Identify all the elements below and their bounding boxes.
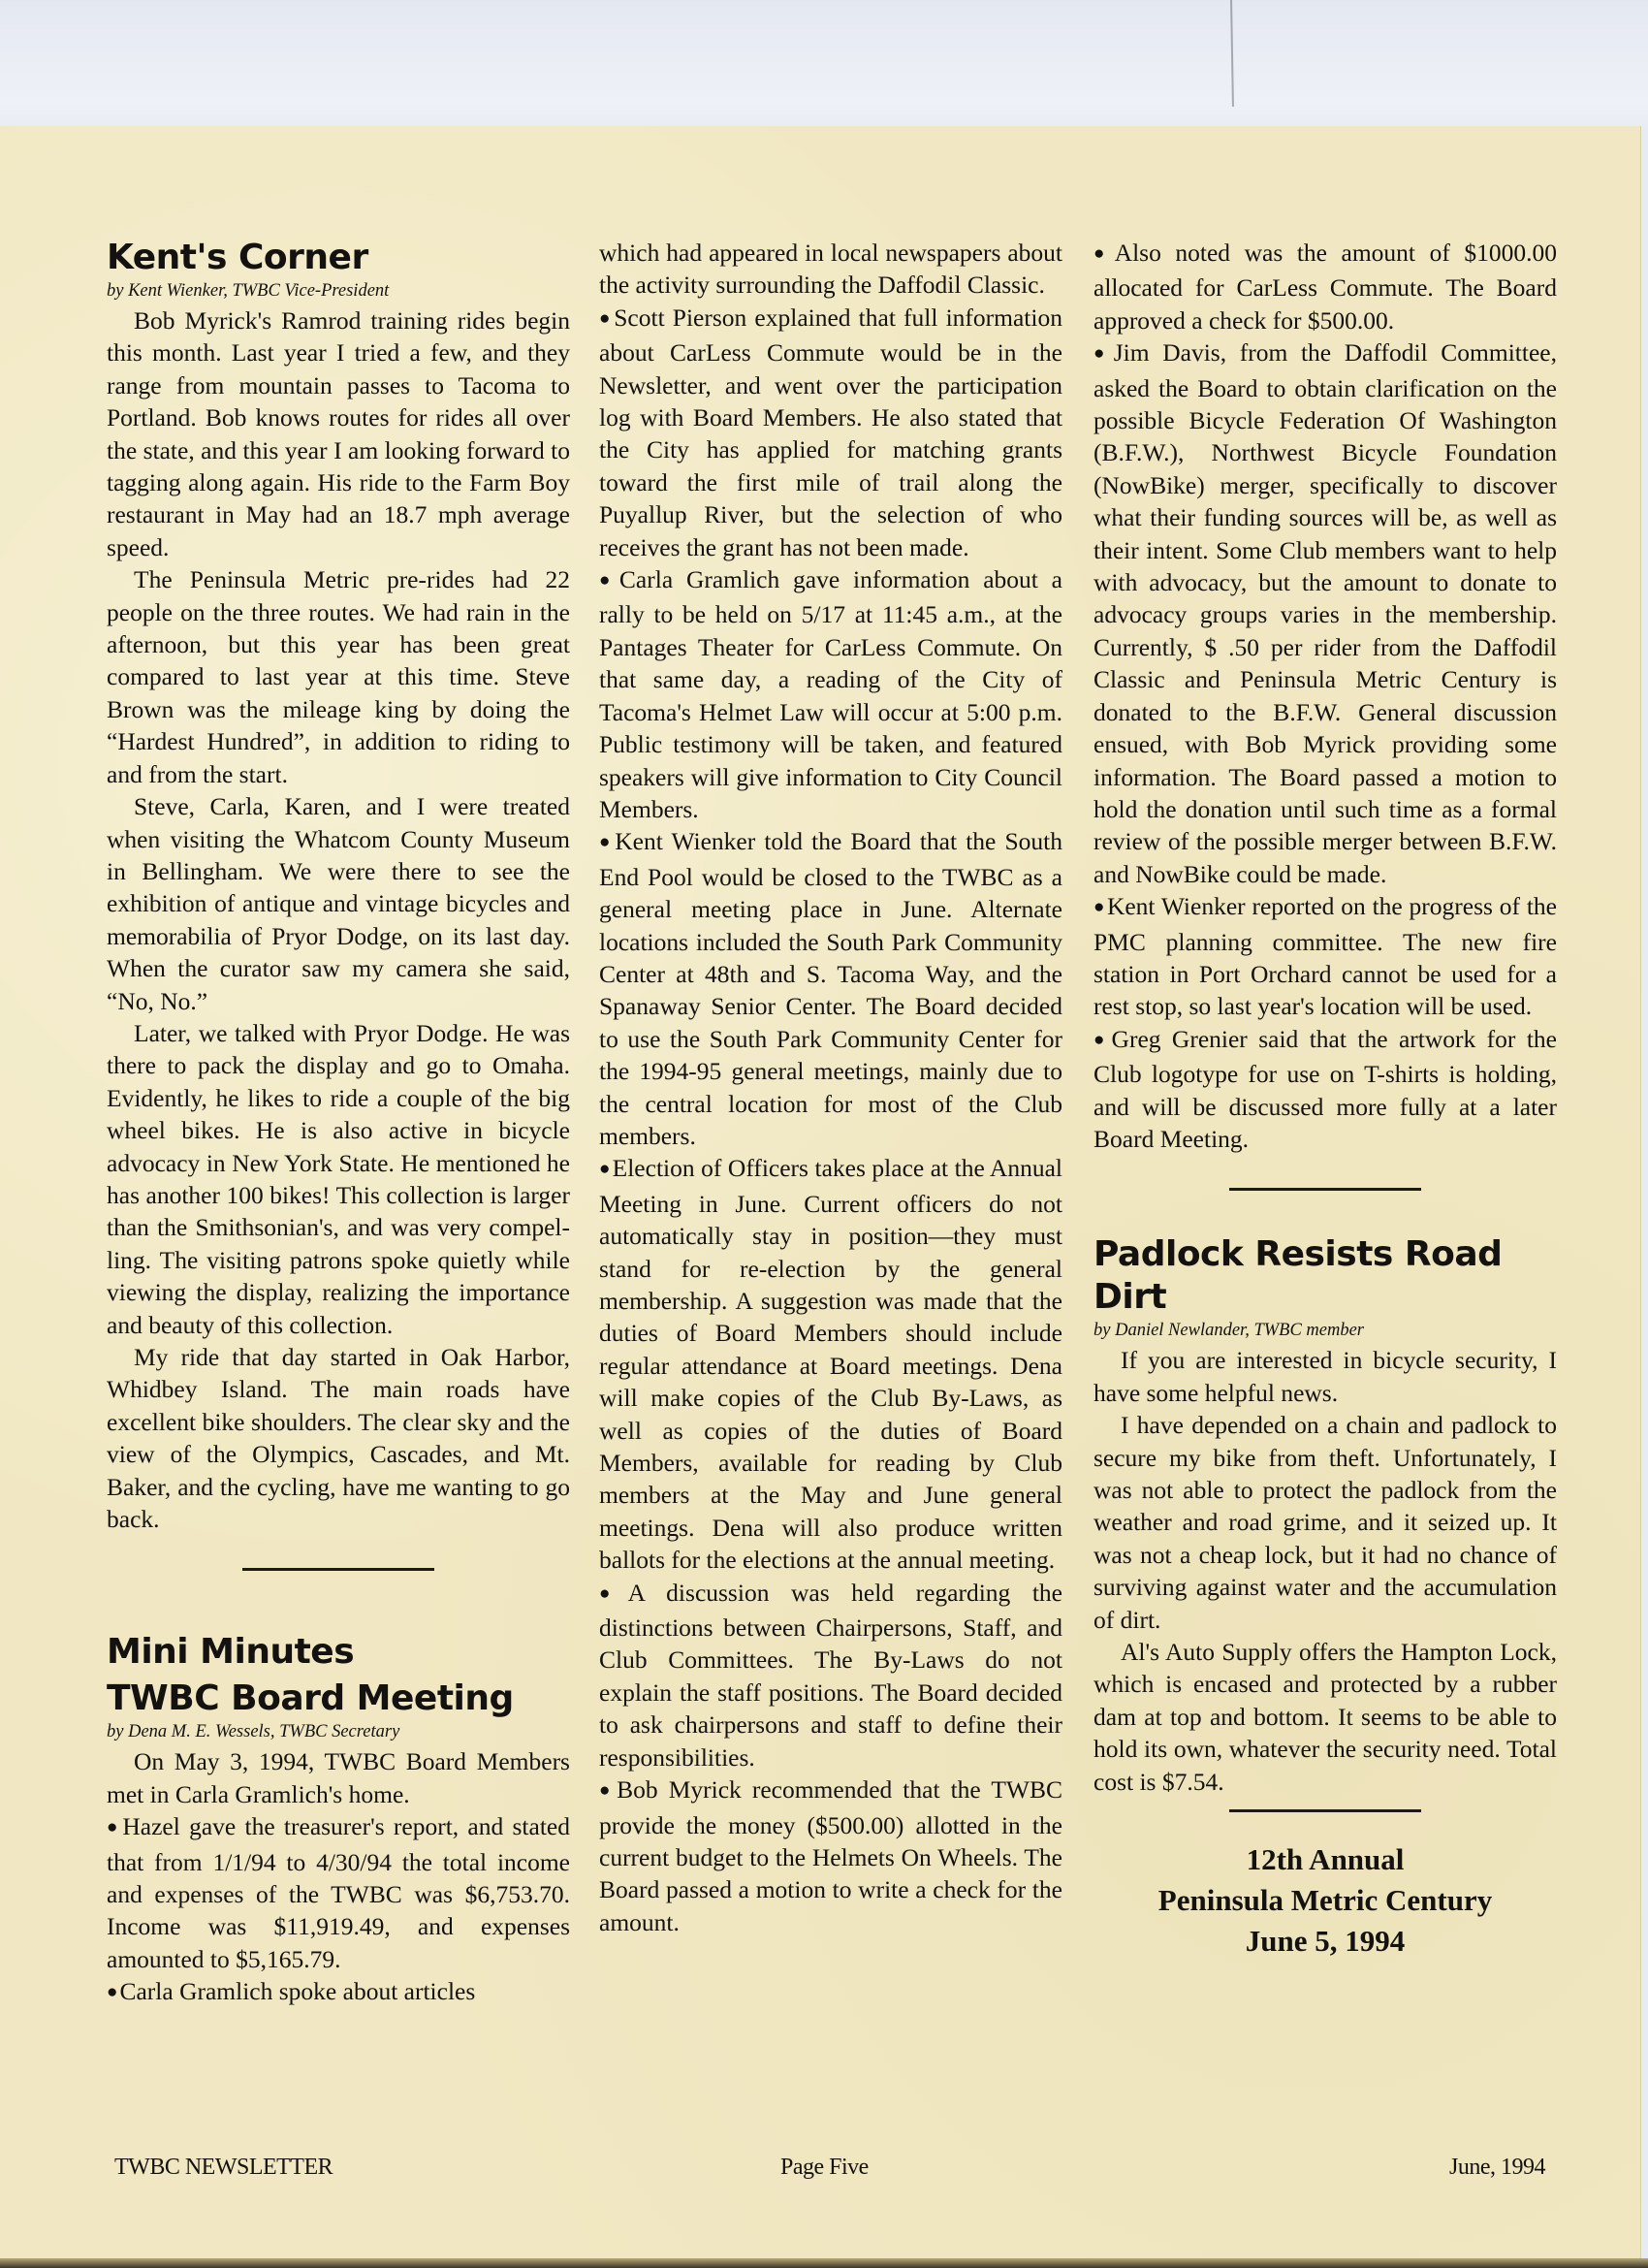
paragraph: My ride that day started in Oak Har­bor,… <box>107 1341 570 1535</box>
column-1: Kent's Corner by Kent Wienker, TWBC Vice… <box>107 237 570 2011</box>
announcement-line: 12th Annual <box>1093 1839 1557 1880</box>
announcement-line: June 5, 1994 <box>1093 1921 1557 1962</box>
paper-edge <box>0 2258 1648 2268</box>
minutes-item: Carla Gramlich gave information about a … <box>599 563 1062 825</box>
article-title: Padlock Resists Road Dirt <box>1093 1233 1557 1319</box>
scanner-background <box>0 0 1648 128</box>
minutes-item: Hazel gave the treasurer's report, and s… <box>107 1810 570 1975</box>
paragraph: On May 3, 1994, TWBC Board Mem­bers met … <box>107 1745 570 1810</box>
minutes-item: Election of Officers takes place at the … <box>599 1152 1062 1576</box>
minutes-item: Greg Grenier said that the artwork for t… <box>1093 1023 1557 1156</box>
article-kents-corner: Kent's Corner by Kent Wienker, TWBC Vice… <box>107 237 570 1535</box>
article-padlock: Padlock Resists Road Dirt by Daniel Newl… <box>1093 1233 1557 1798</box>
article-title-line-1: Mini Minutes <box>107 1631 570 1674</box>
announcement-line: Peninsula Metric Century <box>1093 1880 1557 1921</box>
section-divider <box>242 1568 434 1571</box>
minutes-item: Kent Wienker reported on the prog­ress o… <box>1093 890 1557 1023</box>
minutes-item: Jim Davis, from the Daffodil Commit­tee,… <box>1093 336 1557 890</box>
footer-page-number: Page Five <box>780 2155 869 2181</box>
paragraph: Bob Myrick's Ramrod training rides begin… <box>107 304 570 563</box>
article-byline: by Kent Wienker, TWBC Vice-President <box>107 279 570 303</box>
article-title: Kent's Corner <box>107 237 570 279</box>
section-divider <box>1229 1809 1421 1812</box>
minutes-item: Kent Wienker told the Board that the Sou… <box>599 825 1062 1152</box>
minutes-item: Bob Myrick recommended that the TWBC pro… <box>599 1773 1062 1938</box>
paragraph-continuation: which had appeared in local newspa­pers … <box>599 237 1062 302</box>
paragraph: Later, we talked with Pryor Dodge. He wa… <box>107 1017 570 1341</box>
paragraph: Steve, Carla, Karen, and I were treated … <box>107 790 570 1017</box>
article-byline: by Daniel Newlander, TWBC member <box>1093 1319 1557 1342</box>
article-mini-minutes: Mini Minutes TWBC Board Meeting by Dena … <box>107 1631 570 2010</box>
footer-publication-name: TWBC NEWSLETTER <box>114 2155 333 2181</box>
footer-issue-date: June, 1994 <box>1449 2155 1545 2181</box>
column-2: which had appeared in local newspa­pers … <box>599 237 1062 1938</box>
column-3: Also noted was the amount of $1000.00 al… <box>1093 237 1557 1962</box>
paragraph: I have depended on a chain and pad­lock … <box>1093 1409 1557 1636</box>
paragraph: If you are interested in bicycle secu­ri… <box>1093 1344 1557 1409</box>
paragraph: The Peninsula Metric pre-rides had 22 pe… <box>107 563 570 790</box>
event-announcement: 12th Annual Peninsula Metric Century Jun… <box>1093 1839 1557 1962</box>
paragraph: Al's Auto Supply offers the Hampton Lock… <box>1093 1636 1557 1798</box>
minutes-item: Scott Pierson explained that full infor­… <box>599 302 1062 563</box>
minutes-item: Also noted was the amount of $1000.00 al… <box>1093 237 1557 336</box>
article-title-line-2: TWBC Board Meeting <box>107 1677 570 1720</box>
section-divider <box>1229 1188 1421 1191</box>
article-byline: by Dena M. E. Wessels, TWBC Secretary <box>107 1720 570 1743</box>
minutes-item: A discussion was held regarding the dist… <box>599 1577 1062 1773</box>
minutes-item: Carla Gramlich spoke about articles <box>107 1975 570 2010</box>
